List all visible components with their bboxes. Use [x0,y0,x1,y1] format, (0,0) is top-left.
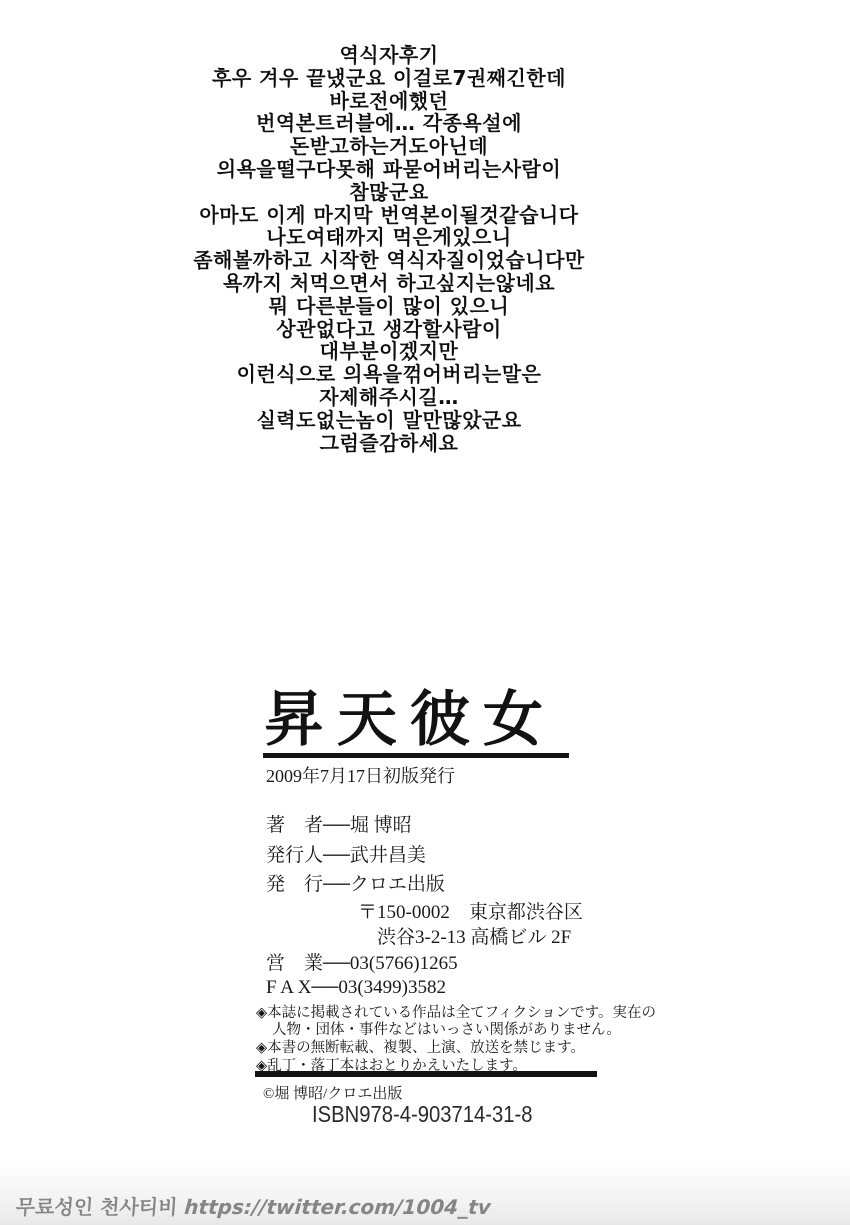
afterword-line: 좀해볼까하고 시작한 역식자질이었습니다만 [0,249,778,272]
title-underline [263,753,569,758]
afterword-line: 자제해주시길… [0,386,778,409]
publisher-address-line: 〒150-0002 東京都渋谷区 [358,897,583,924]
afterword-line: 번역본트러블에… 각종욕설에 [0,112,778,135]
publisher-address-line: 渋谷3-2-13 高橋ビル 2F [377,922,571,949]
book-title: 昇天彼女 [264,672,556,758]
afterword-line: 의욕을떨구다못해 파묻어버리는사람이 [0,158,778,181]
afterword-line: 상관없다고 생각할사람이 [0,318,778,341]
watermark: 무료성인 천사티비https://twitter.com/1004_tv [15,1191,492,1220]
afterword-line: 이런식으로 의욕을꺾어버리는말은 [0,363,778,386]
afterword-line: 욕까지 처먹으면서 하고싶지는않네요 [0,272,778,295]
translator-afterword: 역식자후기 후우 겨우 끝냈군요 이걸로7권째긴한데 바로전에했던 번역본트러블… [0,44,778,454]
contact-line-sales: 営 業──03(5766)1265 [266,948,458,975]
watermark-site-name: 무료성인 천사티비 [15,1195,178,1219]
print-date: 2009年7月17日初版発行 [266,762,455,788]
colophon-divider [255,1071,597,1077]
afterword-line: 아마도 이게 마지막 번역본이될것같습니다 [0,204,778,227]
afterword-line: 돈받고하는거도아닌데 [0,135,778,158]
isbn: ISBN978-4-903714-31-8 [312,1101,533,1128]
afterword-line: 참많군요 [0,181,778,204]
afterword-line: 대부분이겠지만 [0,340,778,363]
credit-line-publisher-person: 発行人──武井昌美 [266,840,426,867]
afterword-line: 그럼즐감하세요 [0,432,778,455]
watermark-url: https://twitter.com/1004_tv [184,1195,492,1219]
afterword-line: 나도여태까지 먹은게있으니 [0,226,778,249]
credit-line-author: 著 者──堀 博昭 [266,810,412,837]
copyright-line: ©堀 博昭/クロエ出版 [263,1082,402,1103]
afterword-line: 역식자후기 [0,44,778,67]
afterword-line: 후우 겨우 끝냈군요 이걸로7권째긴한데 [0,67,778,90]
credit-line-publishing-house: 発 行──クロエ出版 [266,869,445,896]
contact-line-fax: F A X──03(3499)3582 [266,977,446,999]
afterword-line: 바로전에했던 [0,90,778,113]
afterword-line: 뭐 다른분들이 많이 있으니 [0,295,778,318]
afterword-line: 실력도없는놈이 말만많았군요 [0,409,778,432]
